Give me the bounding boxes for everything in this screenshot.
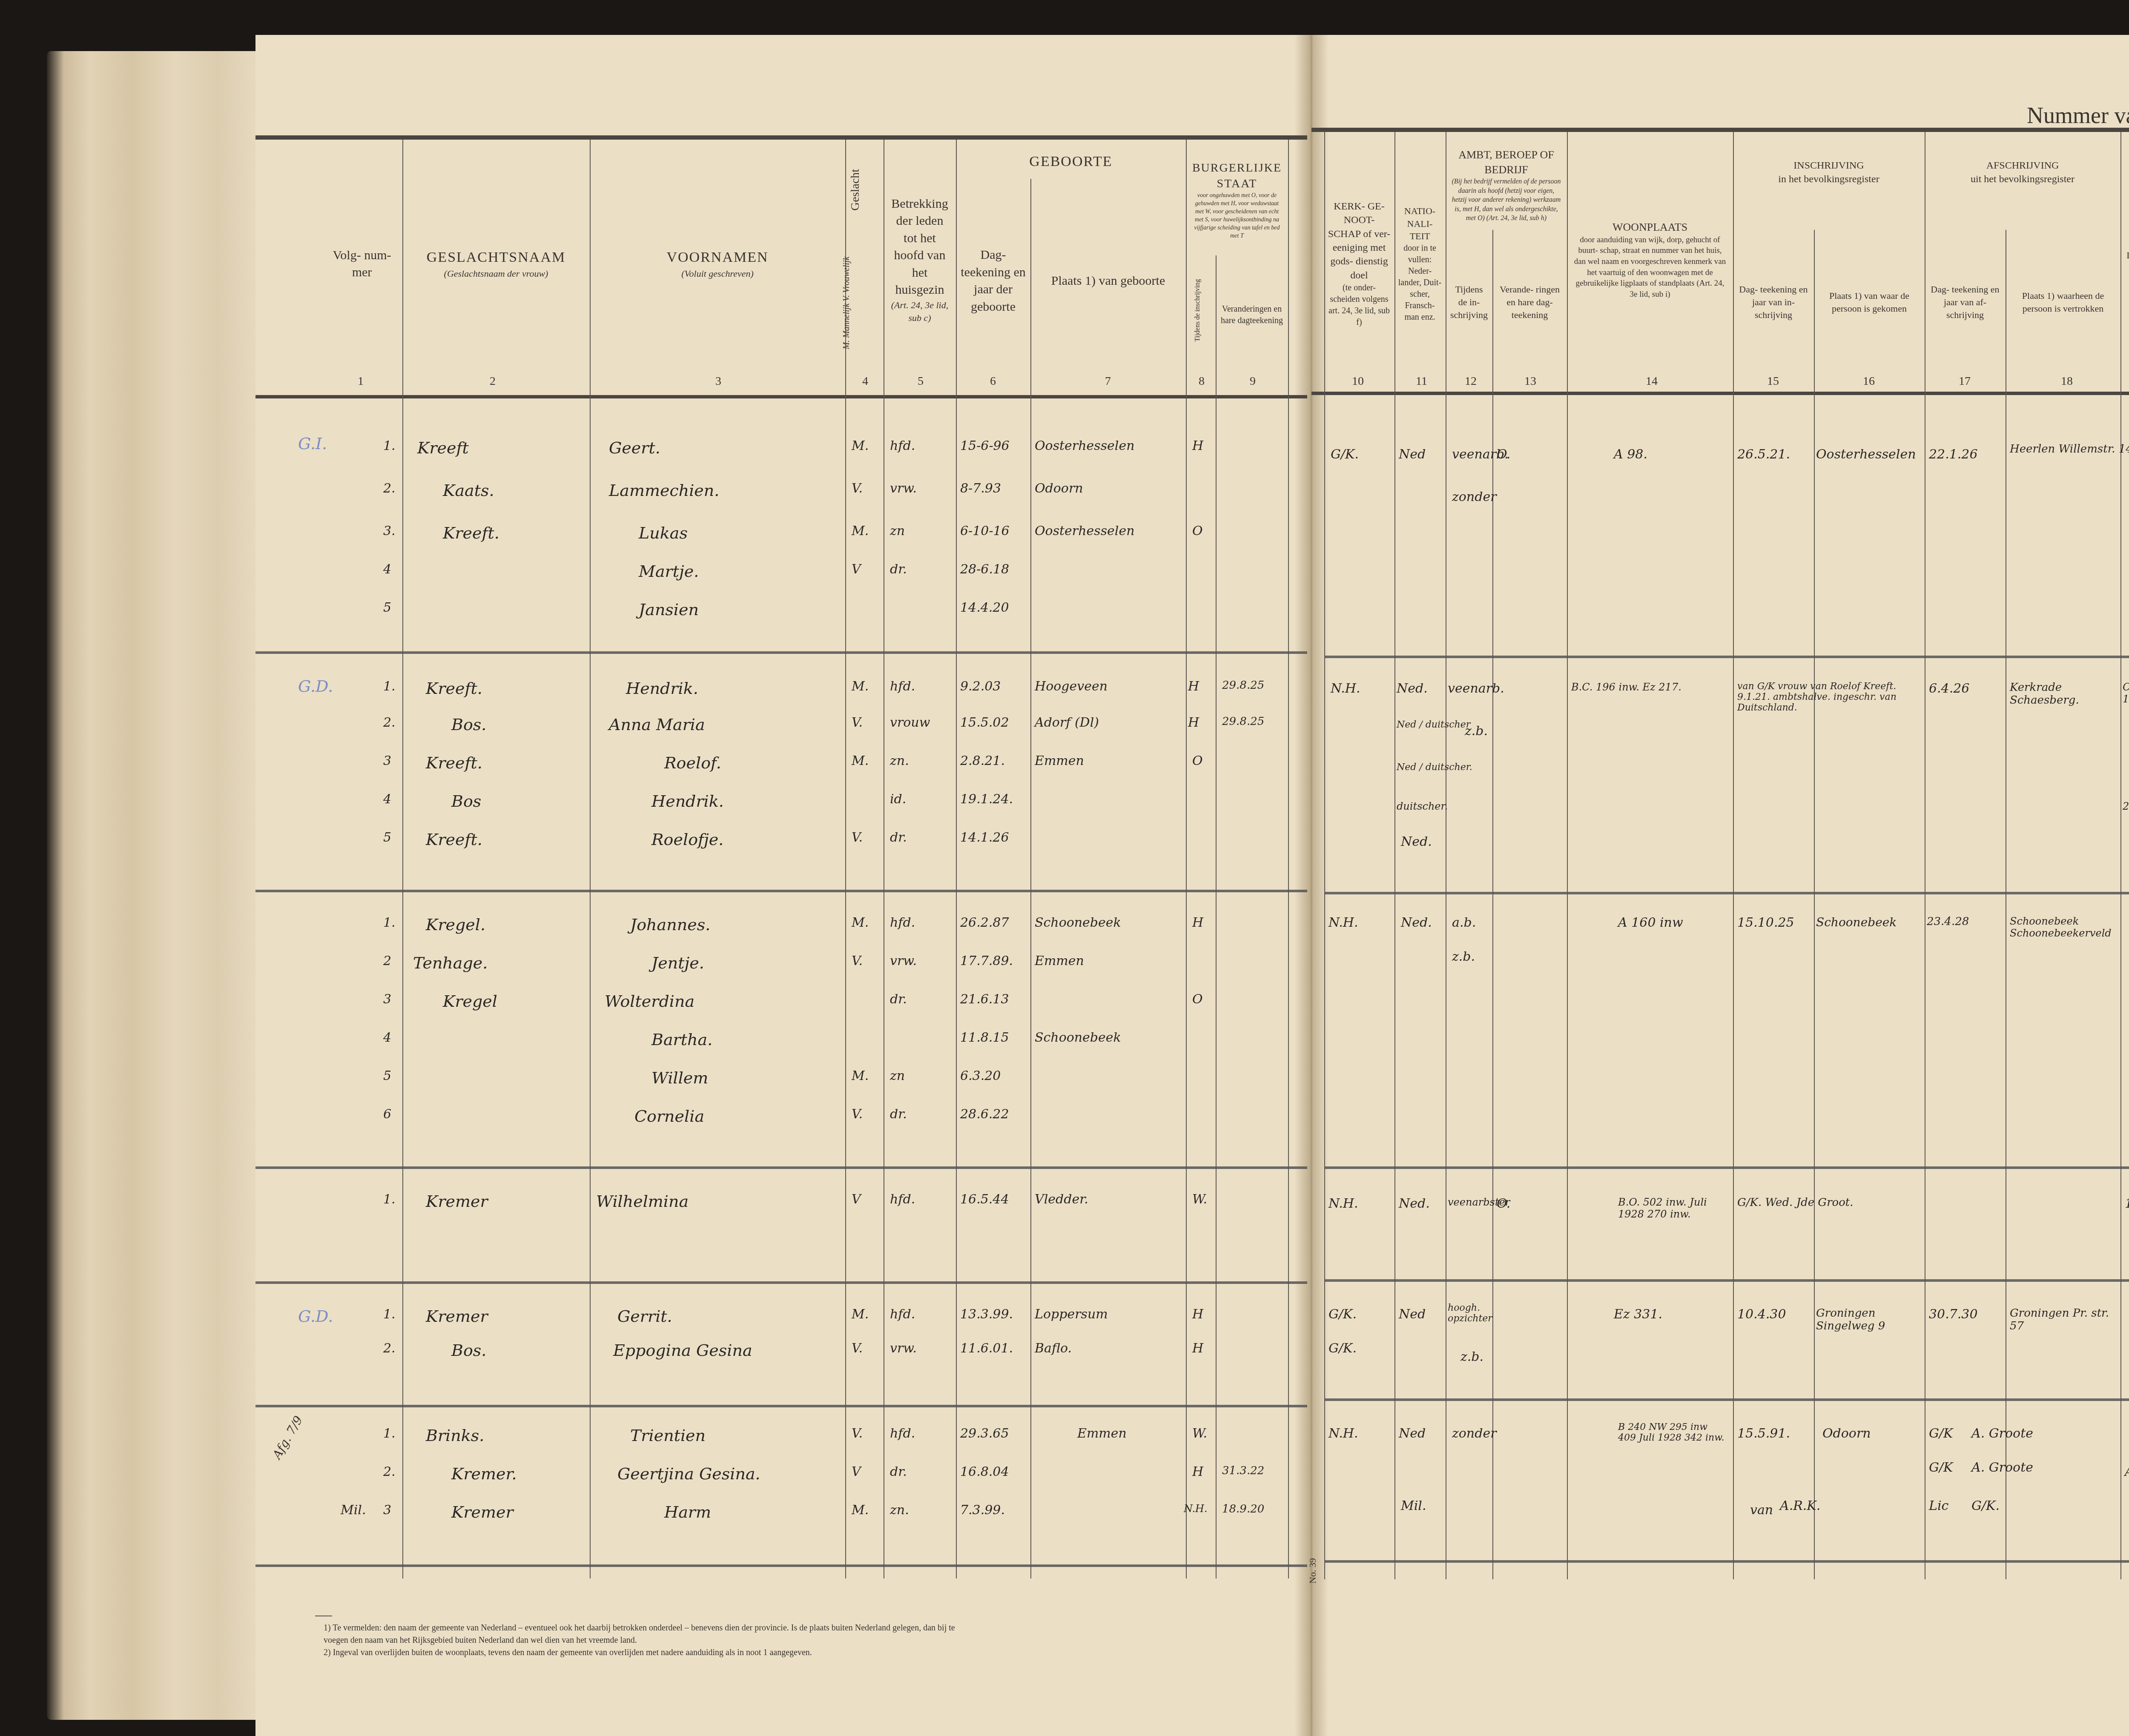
occupation: z.b. [1465, 724, 1488, 739]
occupation: zonder [1452, 1426, 1497, 1441]
given-names: Willem [651, 1069, 708, 1087]
column-number: 4 [862, 375, 868, 388]
header-geslacht-sub: M. Mannelijk V. Vrouwelijk [842, 257, 852, 349]
occupation-status: O. [1497, 1196, 1510, 1211]
col-divider [1030, 179, 1031, 1578]
church: G/K. [1331, 447, 1359, 462]
registration-from: Odoorn [1822, 1426, 1871, 1441]
occupation: z.b. [1452, 949, 1475, 964]
sex: M. [852, 1503, 869, 1518]
registration-from: A.R.K. [1780, 1498, 1820, 1513]
header-betrekking: Betrekking der leden tot het hoofd van h… [886, 153, 954, 366]
household-separator [1324, 1279, 2129, 1282]
given-names: Lukas [639, 524, 688, 542]
relation: hfd. [890, 1307, 915, 1322]
footnotes: 1) Te vermelden: den naam der gemeente v… [324, 1622, 962, 1659]
surname: Kremer [451, 1503, 514, 1521]
col-divider [2006, 230, 2006, 1579]
member-number: 3. [383, 524, 396, 539]
household-margin-note: G.I. [298, 434, 327, 453]
header-inschrijving-datum: Dag- teekening en jaar van in- schrijvin… [1735, 238, 1812, 366]
birth-date: 8-7.93 [960, 481, 1001, 496]
given-names: Lammechien. [609, 481, 719, 500]
col-divider [1446, 132, 1446, 1579]
relation: dr. [890, 992, 907, 1007]
given-names: Hendrik. [651, 792, 724, 811]
surname: Kreeft. [426, 830, 482, 849]
relation: zn. [890, 753, 909, 768]
relation: dr. [890, 830, 907, 845]
given-names: Gerrit. [617, 1307, 672, 1326]
household-separator [1324, 1166, 2129, 1169]
birth-place: Oosterhesselen [1035, 438, 1135, 453]
registration-date: 26.5.21. [1737, 447, 1790, 462]
surname: Kreeft [417, 438, 469, 457]
occupation: hoogh. opzichter [1448, 1303, 1495, 1324]
occupation-status: O. [1497, 447, 1510, 462]
sex: V. [852, 481, 863, 496]
birth-date: 26.2.87 [960, 915, 1009, 930]
col-divider [590, 140, 591, 1578]
header-voornamen: VOORNAMEN(Voluit geschreven) [592, 238, 843, 289]
margin-note-mil: Mil. [341, 1503, 366, 1518]
household-margin-note: G.D. [298, 677, 333, 696]
member-number: 2 [383, 954, 391, 968]
occupation: z.b. [1460, 1349, 1483, 1364]
civil-status: H [1192, 915, 1203, 930]
column-number: 15 [1767, 375, 1779, 388]
household-separator [255, 1405, 1307, 1407]
civil-status-change: 31.3.22 [1222, 1464, 1264, 1477]
header-burgerlijke-staat: BURGERLIJKE STAATvoor ongehuwden met O, … [1188, 145, 1286, 255]
gutter-page-number: No. 39 [1307, 1558, 1318, 1584]
given-names: Cornelia [634, 1107, 704, 1126]
relation: vrouw [890, 715, 930, 730]
registration-date: 15.5.91. [1737, 1426, 1790, 1441]
column-number: 1 [358, 375, 364, 388]
member-number: 5 [383, 1069, 391, 1083]
column-number: 12 [1465, 375, 1477, 388]
given-names: Hendrik. [626, 679, 698, 698]
relation: zn. [890, 1503, 909, 1518]
given-names: Wilhelmina [596, 1192, 689, 1211]
member-number: 1. [383, 679, 396, 694]
given-names: Trientien [630, 1426, 706, 1445]
header-ambt-tijdens: Tijdens de in- schrijving [1448, 238, 1490, 366]
header-kerkgenootschap: KERK- GE- NOOT- SCHAP of ver- eeniging m… [1325, 145, 1393, 383]
sex: M. [852, 679, 869, 694]
birth-place: Emmen [1035, 954, 1084, 968]
death-date: 19.1.29 [2125, 1196, 2129, 1211]
civil-status: W. [1192, 1426, 1207, 1441]
registration-note: van [1750, 1503, 1773, 1518]
column-number: 14 [1646, 375, 1658, 388]
given-names: Geert. [609, 438, 660, 457]
birth-date: 13.3.99. [960, 1307, 1013, 1322]
col-divider [1567, 132, 1568, 1579]
member-number: 1. [383, 915, 396, 930]
member-number: 2. [383, 481, 396, 496]
nationality: Ned. [1397, 681, 1428, 696]
birth-place: Adorf (Dl) [1035, 715, 1099, 730]
sex: V. [852, 715, 863, 730]
col-divider [845, 140, 846, 1578]
relation: hfd. [890, 1426, 915, 1441]
column-number: 9 [1250, 375, 1256, 388]
occupation: veenarb. [1448, 681, 1504, 696]
header-top-rule-right [1311, 128, 2129, 132]
civil-status: H [1188, 715, 1199, 730]
registration-note: van G/K vrouw van Roelof Kreeft. 9.1.21.… [1737, 681, 1925, 713]
sex: V [852, 1192, 861, 1207]
civil-status: W. [1192, 1192, 1207, 1207]
column-number: 16 [1863, 375, 1875, 388]
deregistration-to: A. Groote [1971, 1460, 2033, 1475]
header-top-rule [255, 135, 1307, 140]
sex: M. [852, 1069, 869, 1083]
deregistration-to: Schoonebeek Schoonebeekerveld [2010, 915, 2129, 939]
household-separator [1324, 892, 2129, 894]
deregistration-date: 23.4.28 [1927, 915, 1969, 928]
birth-date: 19.1.24. [960, 792, 1013, 807]
col-divider [1733, 132, 1734, 1579]
relation: hfd. [890, 1192, 915, 1207]
civil-status-change: 18.9.20 [1222, 1503, 1264, 1515]
surname: Kremer. [451, 1464, 517, 1483]
deregistration-to: Kerkrade Schaesberg. [2010, 681, 2120, 707]
header-ambt-veranderingen: Verande- ringen en hare dag- teekening [1495, 238, 1565, 366]
deregistration-to: Heerlen Willemstr. 14 [2010, 443, 2129, 455]
given-names: Johannes. [630, 915, 710, 934]
header-geboorte-datum: Dag- teekening en jaar der geboorte [958, 196, 1028, 366]
given-names: Jentje. [651, 954, 704, 972]
birth-date: 2.8.21. [960, 753, 1005, 768]
birth-place: Emmen [1035, 753, 1084, 768]
birth-place: Emmen [1077, 1426, 1127, 1441]
header-woonplaats: WOONPLAATSdoor aanduiding van wijk, dorp… [1569, 140, 1731, 379]
footnote-rule [315, 1616, 332, 1616]
birth-place: Baflo. [1035, 1341, 1072, 1356]
address: A 98. [1614, 447, 1647, 462]
birth-date: 6-10-16 [960, 524, 1010, 539]
relation: vrw. [890, 954, 917, 968]
birth-date: 21.6.13 [960, 992, 1009, 1007]
member-number: 5 [383, 830, 391, 845]
deregistration-date: 22.1.26 [1929, 447, 1978, 462]
member-number: 6 [383, 1107, 391, 1122]
birth-place: Hoogeveen [1035, 679, 1108, 694]
address: A 160 inw [1618, 915, 1683, 930]
surname: Kreeft. [426, 753, 482, 772]
given-names: Geertjina Gesina. [617, 1464, 760, 1483]
header-geslachtsnaam: GESLACHTSNAAM(Geslachtsnaam der vrouw) [405, 238, 588, 289]
member-number: 2. [383, 1341, 396, 1356]
household-separator [1324, 1398, 2129, 1401]
surname: Bos. [451, 715, 486, 734]
member-number: 3 [383, 992, 391, 1007]
birth-date: 16.8.04 [960, 1464, 1009, 1479]
registration-from: Oosterhesselen [1816, 447, 1916, 462]
sex: V [852, 562, 861, 577]
birth-date: 28-6.18 [960, 562, 1009, 577]
column-number: 2 [490, 375, 496, 388]
footnote-2: 2) Ingeval van overlijden buiten de woon… [324, 1647, 962, 1659]
relation: vrw. [890, 1341, 917, 1356]
col-divider [402, 140, 403, 1578]
col-divider [1216, 255, 1217, 1578]
member-number: 5 [383, 600, 391, 615]
surname: Kaats. [443, 481, 494, 500]
sex: M. [852, 915, 869, 930]
member-number: 1. [383, 1307, 396, 1322]
sex: V. [852, 1426, 863, 1441]
book-gutter [1294, 35, 1328, 1736]
relation: dr. [890, 1464, 907, 1479]
nationality: Ned [1399, 447, 1426, 462]
header-overlijden: Dag- teekening en jaar van OVER- LIJDEN … [2123, 179, 2129, 358]
surname: Bos. [451, 1341, 486, 1360]
nationality: Ned [1399, 1426, 1426, 1441]
sex: V [852, 1464, 861, 1479]
birth-date: 17.7.89. [960, 954, 1013, 968]
member-number: 2. [383, 1464, 396, 1479]
header-bottom-rule [255, 395, 1307, 398]
nationality: Ned / duitscher. [1397, 762, 1472, 773]
header-volgnummer: Volg- num- mer [324, 221, 400, 307]
birth-date: 9.2.03 [960, 679, 1001, 694]
sex: M. [852, 753, 869, 768]
header-geslacht: Geslacht [849, 169, 862, 211]
member-number: 1. [383, 1192, 396, 1207]
household-separator [1324, 656, 2129, 658]
relation: dr. [890, 1107, 907, 1122]
household-separator [255, 1281, 1307, 1284]
birth-date: 7.3.99. [960, 1503, 1005, 1518]
deregistration-to: Groningen Pr. str. 57 [2010, 1307, 2116, 1332]
household-separator [255, 1166, 1307, 1169]
footnote-1: 1) Te vermelden: den naam der gemeente v… [324, 1622, 962, 1647]
col-divider [956, 140, 957, 1578]
given-names: Roelofje. [651, 830, 723, 849]
member-number: 3 [383, 1503, 391, 1518]
col-divider [1288, 140, 1289, 1578]
sex: M. [852, 524, 869, 539]
header-inschrijving-plaats: Plaats 1) van waar de persoon is gekomen [1816, 238, 1922, 366]
column-number: 6 [990, 375, 996, 388]
birth-date: 6.3.20 [960, 1069, 1001, 1083]
given-names: Wolterdina [605, 992, 694, 1011]
birth-date: 28.6.22 [960, 1107, 1009, 1122]
header-inschrijving: INSCHRIJVINGin het bevolkingsregister [1735, 140, 1922, 204]
given-names: Jansien [639, 600, 699, 619]
household-margin-note: G.D. [298, 1307, 333, 1326]
member-number: 4 [383, 792, 391, 807]
civil-status: H [1192, 438, 1203, 453]
deregistration-date: 30.7.30 [1929, 1307, 1978, 1322]
relation: vrw. [890, 481, 917, 496]
birth-date: 14.4.20 [960, 600, 1009, 615]
civil-status-change: 29.8.25 [1222, 679, 1264, 692]
household-separator [255, 1564, 1307, 1567]
registration-note: G/K. Wed. Jde Groot. [1737, 1196, 1854, 1209]
sex: M. [852, 438, 869, 453]
registration-from: Schoonebeek [1816, 915, 1897, 929]
birth-place: Odoorn [1035, 481, 1083, 496]
relation: zn [890, 524, 905, 539]
nationality: Ned. [1399, 1196, 1430, 1211]
birth-place: Schoonebeek [1035, 1030, 1121, 1045]
surname: Bos [451, 792, 481, 811]
surname: Kremer [426, 1307, 488, 1326]
nationality: Ned. [1401, 915, 1432, 930]
death-note: Caspersstr. no 15 [2123, 681, 2129, 705]
civil-status: O [1192, 992, 1203, 1007]
surname: Brinks. [426, 1426, 484, 1445]
column-number: 3 [715, 375, 721, 388]
header-afschrijving: AFSCHRIJVINGuit het bevolkingsregister [1927, 140, 2118, 204]
occupation: zonder [1452, 490, 1497, 504]
birth-date: 15.5.02 [960, 715, 1009, 730]
member-number: 3 [383, 753, 391, 768]
col-divider [1492, 230, 1493, 1579]
address: B.C. 196 inw. Ez 217. [1571, 681, 1729, 693]
sex: V. [852, 1341, 863, 1356]
column-number: 5 [918, 375, 924, 388]
church: G/K. [1328, 1307, 1357, 1322]
church: N.H. [1331, 681, 1360, 696]
relation: hfd. [890, 679, 915, 694]
deregistration-to: G/K. [1971, 1498, 2000, 1513]
sex: V. [852, 830, 863, 845]
birth-date: 16.5.44 [960, 1192, 1009, 1207]
member-number: 4 [383, 562, 391, 577]
nationality: Ned. [1401, 834, 1432, 849]
civil-status: O [1192, 753, 1203, 768]
given-names: Harm [664, 1503, 711, 1521]
surname: Kreeft. [426, 679, 482, 698]
deregistration-date: G/K [1929, 1426, 1953, 1441]
header-veranderingen: Veranderingen en hare dagteekening [1218, 264, 1286, 366]
birth-date: 11.8.15 [960, 1030, 1009, 1045]
header-ambt: AMBT, BEROEP OF BEDRIJF(Bij het bedrijf … [1448, 140, 1565, 230]
sheet-number-label: Nummer van het blad [2027, 102, 2129, 129]
member-number: 4 [383, 1030, 391, 1045]
civil-status: H [1188, 679, 1199, 694]
given-names: Martje. [639, 562, 699, 581]
church: N.H. [1328, 1426, 1358, 1441]
address: B.O. 502 inw. Juli 1928 270 inw. [1618, 1196, 1729, 1220]
civil-status: H [1192, 1341, 1203, 1356]
civil-status: O [1192, 524, 1203, 539]
birth-date: 15-6-96 [960, 438, 1010, 453]
col-divider [1186, 140, 1187, 1578]
church: G/K. [1328, 1341, 1357, 1356]
relation: hfd. [890, 438, 915, 453]
deregistration-date: G/K [1929, 1460, 1953, 1475]
header-nationaliteit: NATIO- NALI- TEITdoor in te vullen: Nede… [1395, 145, 1444, 383]
deregistration-date: Lic [1929, 1498, 1948, 1513]
deregistration-to: A. Groote [1971, 1426, 2033, 1441]
header-geboorte-plaats: Plaats 1) van geboorte [1033, 238, 1184, 324]
household-separator [255, 890, 1307, 892]
birth-place: Vledder. [1035, 1192, 1088, 1207]
birth-place: Schoonebeek [1035, 915, 1121, 930]
relation: dr. [890, 562, 907, 577]
death-note: A.K. [2125, 1464, 2129, 1479]
registration-from: Groningen Singelweg 9 [1816, 1307, 1922, 1332]
member-number: 1. [383, 1426, 396, 1441]
header-afschrijving-datum: Dag- teekening en jaar van af- schrijvin… [1927, 238, 2003, 366]
birth-place: Oosterhesselen [1035, 524, 1135, 539]
sex: M. [852, 1307, 869, 1322]
birth-place: Loppersum [1035, 1307, 1108, 1322]
column-number: 11 [1416, 375, 1427, 388]
col-divider [1925, 132, 1925, 1579]
column-number: 17 [1959, 375, 1971, 388]
relation: zn [890, 1069, 905, 1083]
col-divider [2120, 132, 2121, 1579]
header-geboorte: GEBOORTE [958, 145, 1184, 179]
column-number: 13 [1524, 375, 1536, 388]
birth-date: 14.1.26 [960, 830, 1009, 845]
given-names: Anna Maria [609, 715, 705, 734]
given-names: Roelof. [664, 753, 721, 772]
member-number: 1. [383, 438, 396, 453]
surname: Kregel [443, 992, 497, 1011]
household-separator [255, 651, 1307, 654]
nationality: Ned / duitscher [1397, 719, 1470, 730]
book-page-edges [47, 51, 260, 1720]
column-number: 18 [2061, 375, 2073, 388]
occupation: a.b. [1452, 915, 1476, 930]
member-number: 2. [383, 715, 396, 730]
header-bottom-rule-right [1311, 392, 2129, 395]
nationality: Mil. [1401, 1498, 1426, 1513]
household-separator [1324, 1560, 2129, 1563]
column-number: 10 [1352, 375, 1364, 388]
church: N.H. [1328, 1196, 1358, 1211]
birth-date: 29.3.65 [960, 1426, 1009, 1441]
col-divider [884, 140, 884, 1578]
death-date: 24.10.24 [2123, 800, 2129, 812]
address: Ez 331. [1614, 1307, 1662, 1322]
civil-status: H [1192, 1307, 1203, 1322]
address: B 240 NW 295 inw 409 Juli 1928 342 inw. [1618, 1422, 1724, 1443]
sex: V. [852, 1107, 863, 1122]
civil-status-change: 29.8.25 [1222, 715, 1264, 728]
civil-status: H [1192, 1464, 1203, 1479]
column-number: 8 [1199, 375, 1205, 388]
deregistration-date: 6.4.26 [1929, 681, 1969, 696]
col-divider [1814, 230, 1815, 1579]
given-names: Bartha. [651, 1030, 712, 1049]
given-names: Eppogina Gesina [613, 1341, 752, 1360]
relation: hfd. [890, 915, 915, 930]
relation: id. [890, 792, 906, 807]
surname: Kremer [426, 1192, 488, 1211]
civil-status: N.H. [1184, 1503, 1208, 1515]
column-number: 7 [1105, 375, 1111, 388]
nationality: duitscher. [1397, 800, 1448, 812]
surname: Tenhage. [413, 954, 488, 972]
church: N.H. [1328, 915, 1358, 930]
sex: V. [852, 954, 863, 968]
surname: Kregel. [426, 915, 485, 934]
birth-date: 11.6.01. [960, 1341, 1013, 1356]
surname: Kreeft. [443, 524, 499, 542]
registration-date: 15.10.25 [1737, 915, 1794, 930]
header-tijdens-inschrijving: Tijdens de inschrijving [1194, 279, 1202, 342]
